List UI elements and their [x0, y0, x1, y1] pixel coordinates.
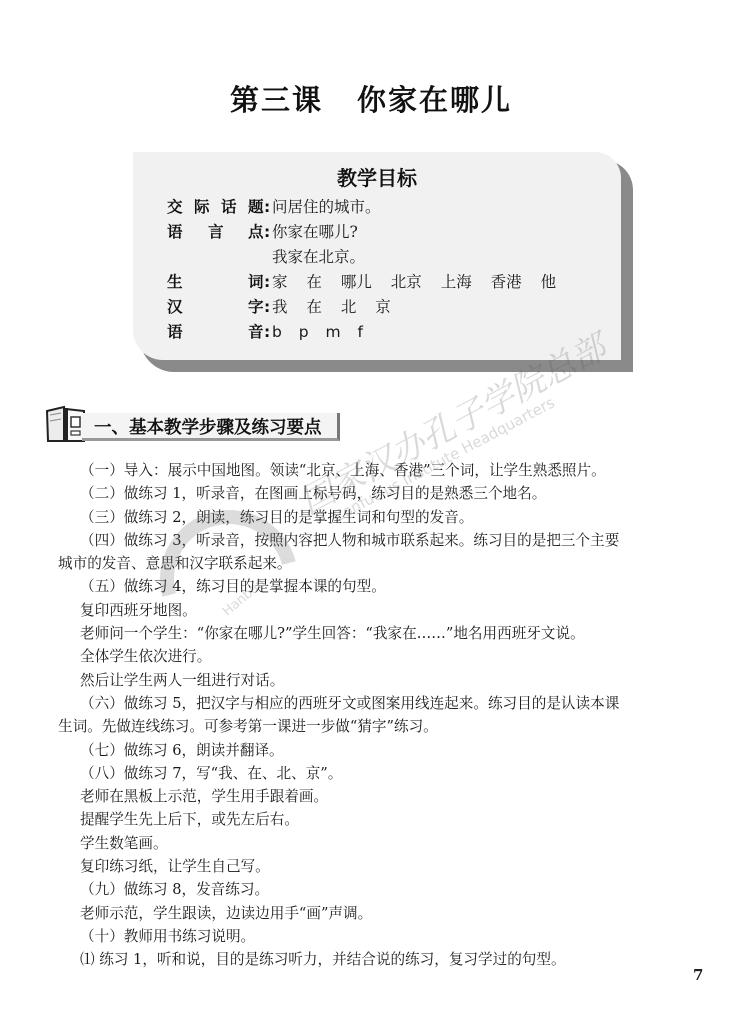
page-title: 第三课你家在哪儿 — [0, 78, 742, 119]
step-paragraph: 然后让学生两人一组进行对话。 — [80, 669, 690, 692]
page-number: 7 — [693, 966, 703, 984]
objective-row-characters: 汉 字 : 我 在 北 京 — [167, 296, 391, 318]
objective-value: b p m f — [272, 321, 364, 343]
step-paragraph: 提醒学生先上后下，或先左后右。 — [80, 808, 690, 831]
lesson-number: 第三课 — [230, 83, 323, 117]
objective-label: 语 言 点 : — [167, 221, 272, 243]
objective-value: 我家在北京。 — [272, 246, 365, 268]
step-paragraph: （六）做练习 5，把汉字与相应的西班牙文或图案用线连起来。练习目的是认读本课 — [80, 692, 690, 715]
step-paragraph: 老师在黑板上示范，学生用手跟着画。 — [80, 785, 690, 808]
section-heading-label: 一、基本教学步骤及练习要点 — [94, 414, 322, 439]
objective-value: 问居住的城市。 — [272, 196, 381, 218]
step-paragraph: （八）做练习 7，写“我、在、北、京”。 — [80, 762, 690, 785]
step-paragraph: （二）做练习 1，听录音，在图画上标号码，练习目的是熟悉三个地名。 — [80, 482, 690, 505]
teaching-objectives-box: 教学目标 交 际 话 题 : 问居住的城市。 语 言 点 : 你家在哪儿? 我家… — [133, 152, 621, 360]
step-paragraph: 老师示范，学生跟读，边读边用手“画”声调。 — [80, 902, 690, 925]
step-paragraph-continuation: 生词。先做连线练习。可参考第一课进一步做“猜字”练习。 — [58, 715, 690, 738]
step-paragraph: （四）做练习 3，听录音，按照内容把人物和城市联系起来。练习目的是把三个主要 — [80, 529, 690, 552]
objective-label: 汉 字 : — [167, 296, 272, 318]
objective-row-language-point-2: 我家在北京。 — [167, 246, 365, 268]
objective-value: 家 在 哪儿 北京 上海 香港 他 — [272, 271, 556, 293]
section-heading-bar: 一、基本教学步骤及练习要点 — [82, 413, 340, 441]
lesson-topic: 你家在哪儿 — [357, 83, 512, 117]
objective-row-language-point: 语 言 点 : 你家在哪儿? — [167, 221, 358, 243]
objective-row-phonetics: 语 音 : b p m f — [167, 321, 364, 343]
step-paragraph: （十）教师用书练习说明。 — [80, 925, 690, 948]
step-paragraph: 复印练习纸，让学生自己写。 — [80, 855, 690, 878]
objective-row-topic: 交 际 话 题 : 问居住的城市。 — [167, 196, 381, 218]
objective-label: 生 词 : — [167, 271, 272, 293]
step-paragraph: （五）做练习 4，练习目的是掌握本课的句型。 — [80, 575, 690, 598]
step-paragraph: （九）做练习 8，发音练习。 — [80, 878, 690, 901]
step-paragraph: 全体学生依次进行。 — [80, 645, 690, 668]
objective-value: 你家在哪儿? — [272, 221, 358, 243]
step-paragraph: （三）做练习 2，朗读，练习目的是掌握生词和句型的发音。 — [80, 506, 690, 529]
lesson-steps-body: （一）导入：展示中国地图。领读“北京、上海、香港”三个词，让学生熟悉照片。 （二… — [80, 459, 690, 972]
step-paragraph: 复印西班牙地图。 — [80, 599, 690, 622]
step-paragraph: （七）做练习 6，朗读并翻译。 — [80, 739, 690, 762]
objective-row-vocabulary: 生 词 : 家 在 哪儿 北京 上海 香港 他 — [167, 271, 556, 293]
objectives-heading: 教学目标 — [133, 162, 621, 191]
step-paragraph: 老师问一个学生：“你家在哪儿?”学生回答：“我家在……”地名用西班牙文说。 — [80, 622, 690, 645]
step-paragraph-continuation: 城市的发音、意思和汉字联系起来。 — [58, 552, 690, 575]
objective-value: 我 在 北 京 — [272, 296, 391, 318]
step-paragraph: ⑴ 练习 1，听和说，目的是练习听力，并结合说的练习，复习学过的句型。 — [80, 948, 690, 971]
step-paragraph: （一）导入：展示中国地图。领读“北京、上海、香港”三个词，让学生熟悉照片。 — [80, 459, 690, 482]
objective-label: 语 音 : — [167, 321, 272, 343]
objective-label: 交 际 话 题 : — [167, 196, 272, 218]
step-paragraph: 学生数笔画。 — [80, 832, 690, 855]
